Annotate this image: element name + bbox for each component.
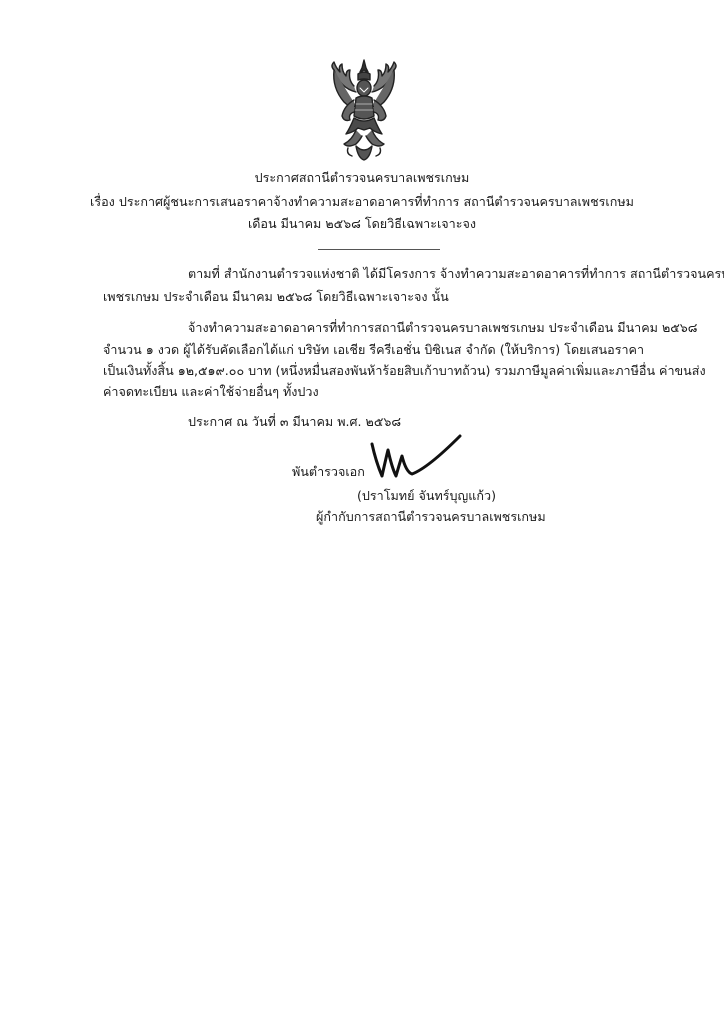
title-divider (318, 249, 440, 250)
garuda-emblem-icon (326, 58, 402, 162)
signature-icon (368, 428, 464, 484)
paragraph2-line3: เป็นเงินทั้งสิ้น ๑๒,๕๑๙.๐๐ บาท (หนึ่งหมื… (103, 361, 660, 381)
paragraph1-line1: ตามที่ สำนักงานตำรวจแห่งชาติ ได้มีโครงกา… (188, 264, 660, 284)
signatory-position: ผู้กำกับการสถานีตำรวจนครบาลเพชรเกษม (316, 507, 546, 527)
paragraph2-line4: ค่าจดทะเบียน และค่าใช้จ่ายอื่นๆ ทั้งปวง (103, 382, 660, 402)
paragraph2-line1: จ้างทำความสะอาดอาคารที่ทำการสถานีตำรวจนค… (188, 318, 660, 338)
paragraph2-line2: จำนวน ๑ งวด ผู้ได้รับคัดเลือกได้แก่ บริษ… (103, 340, 660, 360)
announcement-subject: เรื่อง ประกาศผู้ชนะการเสนอราคาจ้างทำความ… (0, 192, 724, 212)
announcement-subject-line2: เดือน มีนาคม ๒๕๖๘ โดยวิธีเฉพาะเจาะจง (0, 214, 724, 234)
paragraph1-line2: เพชรเกษม ประจำเดือน มีนาคม ๒๕๖๘ โดยวิธีเ… (103, 287, 660, 307)
document-page: ประกาศสถานีตำรวจนครบาลเพชรเกษม เรื่อง ปร… (0, 0, 724, 1024)
announcement-title: ประกาศสถานีตำรวจนครบาลเพชรเกษม (0, 168, 724, 188)
signatory-rank: พันตำรวจเอก (292, 462, 365, 482)
signatory-name: (ปราโมทย์ จันทร์บุญแก้ว) (357, 486, 496, 506)
